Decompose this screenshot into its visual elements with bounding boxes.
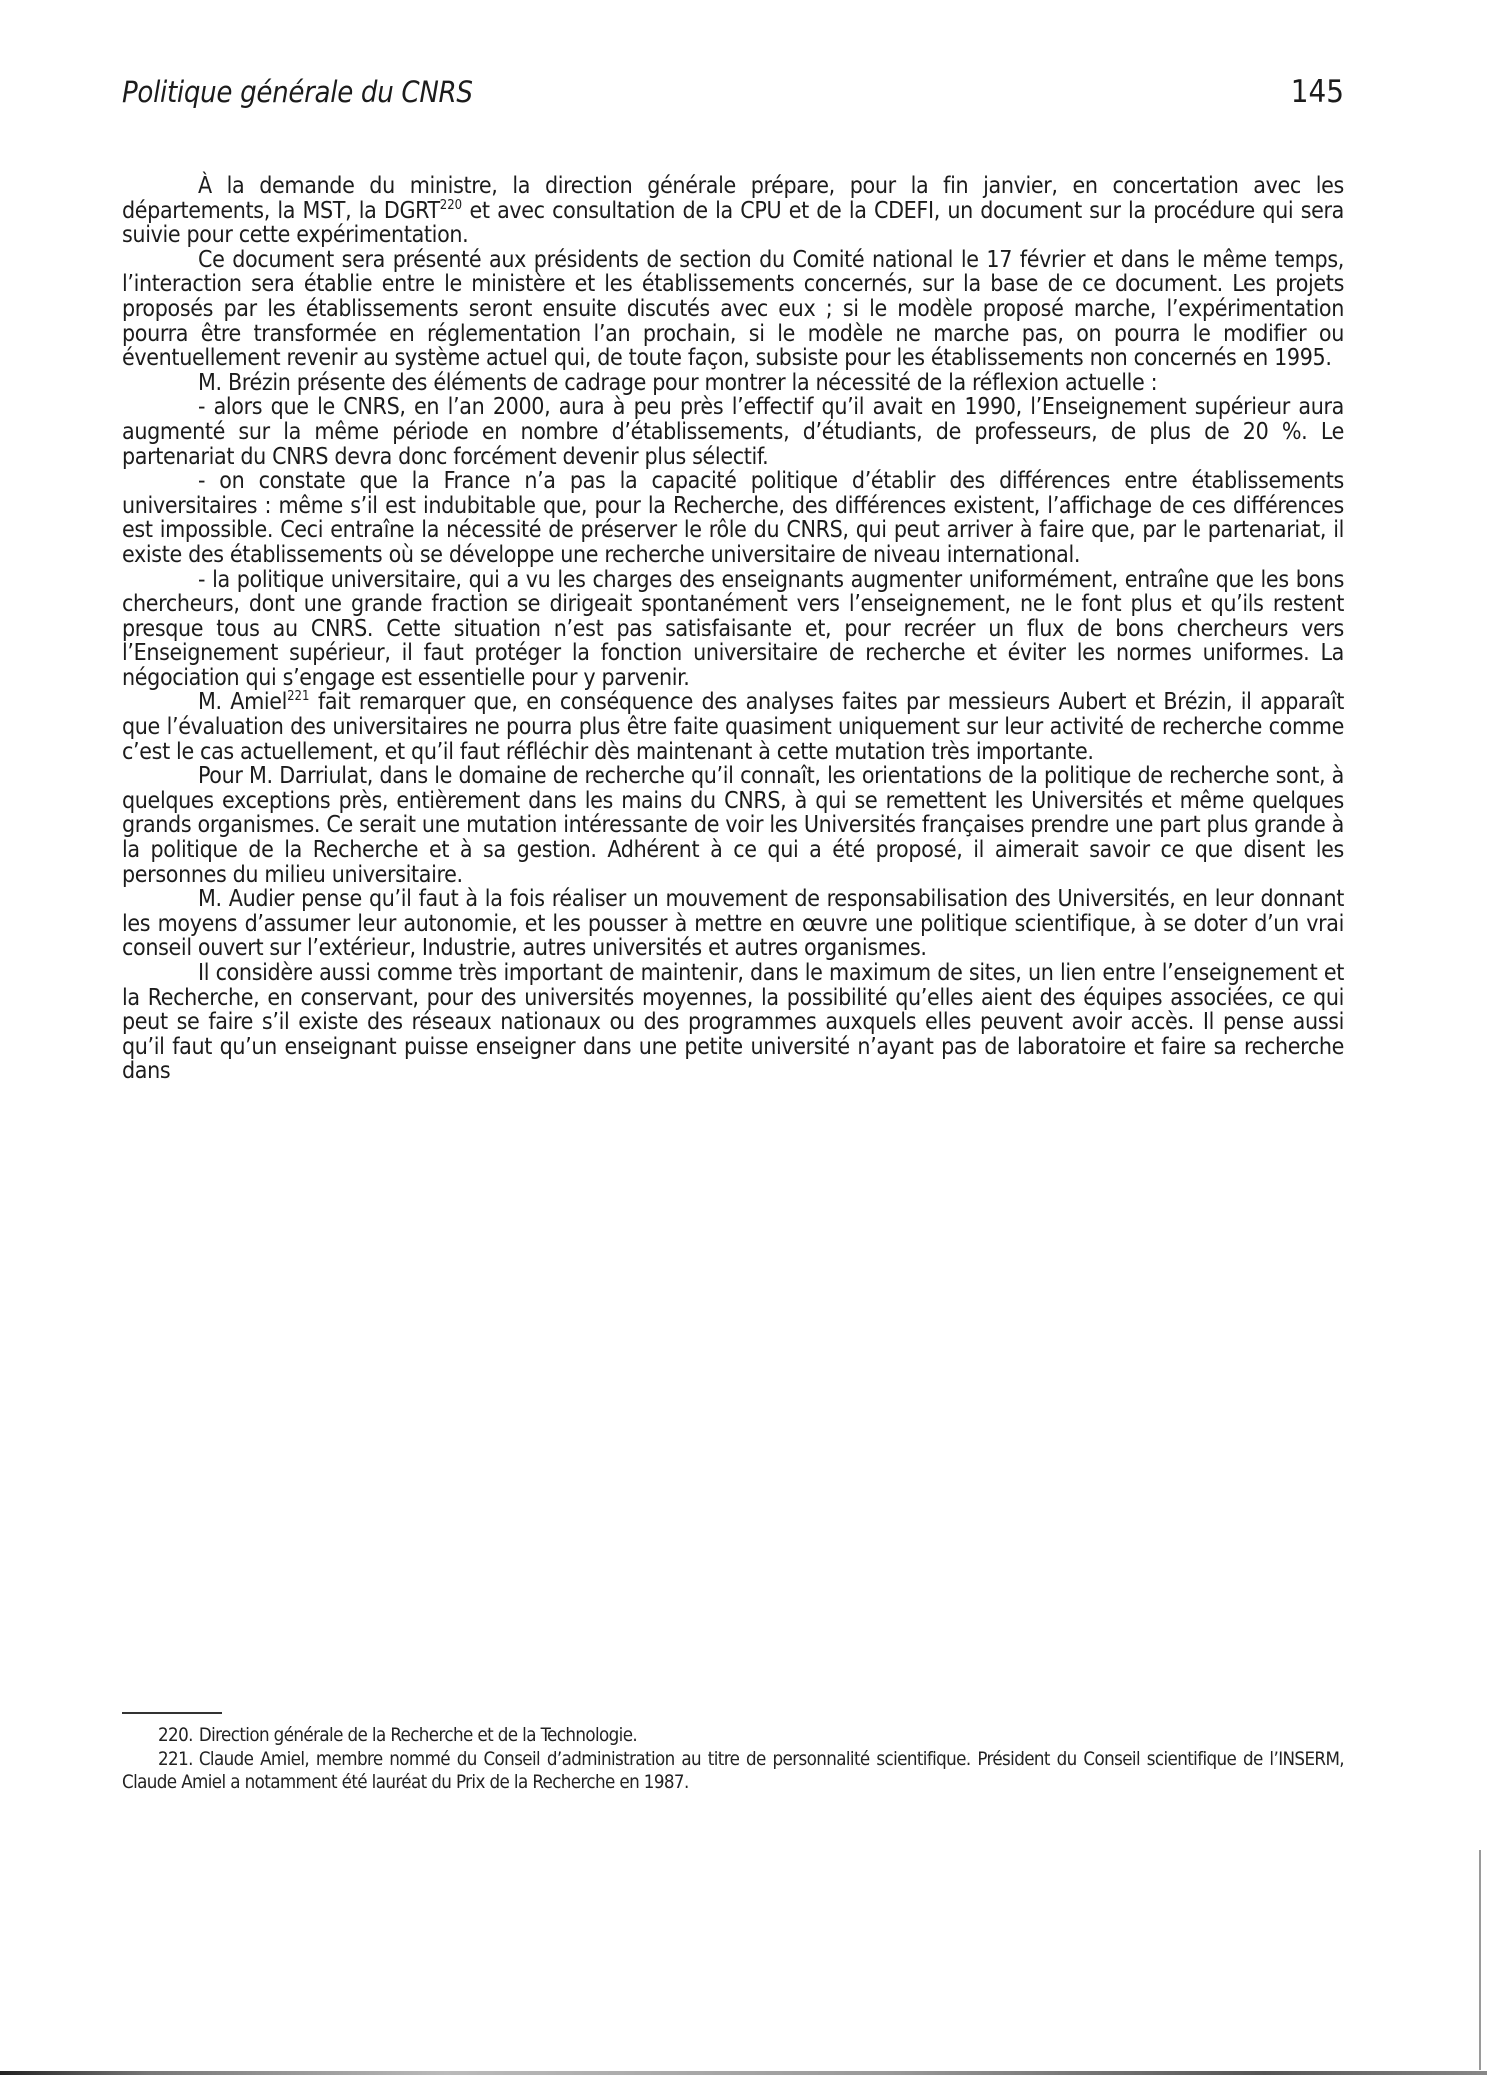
footnote-ref-221[interactable]: 221 (287, 689, 309, 704)
scan-edge-bottom (0, 2071, 1487, 2075)
footnote-number: 220. (158, 1725, 193, 1746)
paragraph-10: Il considère aussi comme très important … (122, 961, 1344, 1084)
footnote-ref-220[interactable]: 220 (440, 198, 462, 213)
running-header: Politique générale du CNRS 145 (122, 74, 1344, 114)
footnotes: 220.Direction générale de la Recherche e… (122, 1724, 1344, 1795)
paragraph-9: M. Audier pense qu’il faut à la fois réa… (122, 887, 1344, 961)
scan-edge-right (1479, 1850, 1481, 2070)
footnote-text: Direction générale de la Recherche et de… (199, 1725, 637, 1746)
footnote-text: Claude Amiel, membre nommé du Conseil d’… (122, 1749, 1344, 1794)
footnote-221: 221.Claude Amiel, membre nommé du Consei… (122, 1748, 1344, 1795)
footnote-220: 220.Direction générale de la Recherche e… (122, 1724, 1344, 1748)
paragraph-8: Pour M. Darriulat, dans le domaine de re… (122, 764, 1344, 887)
running-title: Politique générale du CNRS (122, 75, 473, 109)
body-text: À la demande du ministre, la direction g… (122, 174, 1344, 1084)
paragraph-text: M. Amiel (198, 689, 287, 715)
list-item-2: - on constate que la France n’a pas la c… (122, 469, 1344, 567)
paragraph-3: M. Brézin présente des éléments de cadra… (122, 371, 1344, 396)
list-item-3: - la politique universitaire, qui a vu l… (122, 568, 1344, 691)
footnote-number: 221. (158, 1749, 193, 1770)
paragraph-1: À la demande du ministre, la direction g… (122, 174, 1344, 248)
list-item-1: - alors que le CNRS, en l’an 2000, aura … (122, 395, 1344, 469)
page-number: 145 (1291, 74, 1344, 110)
paragraph-7: M. Amiel221 fait remarquer que, en consé… (122, 690, 1344, 764)
footnote-divider (122, 1712, 222, 1714)
paragraph-2: Ce document sera présenté aux présidents… (122, 248, 1344, 371)
